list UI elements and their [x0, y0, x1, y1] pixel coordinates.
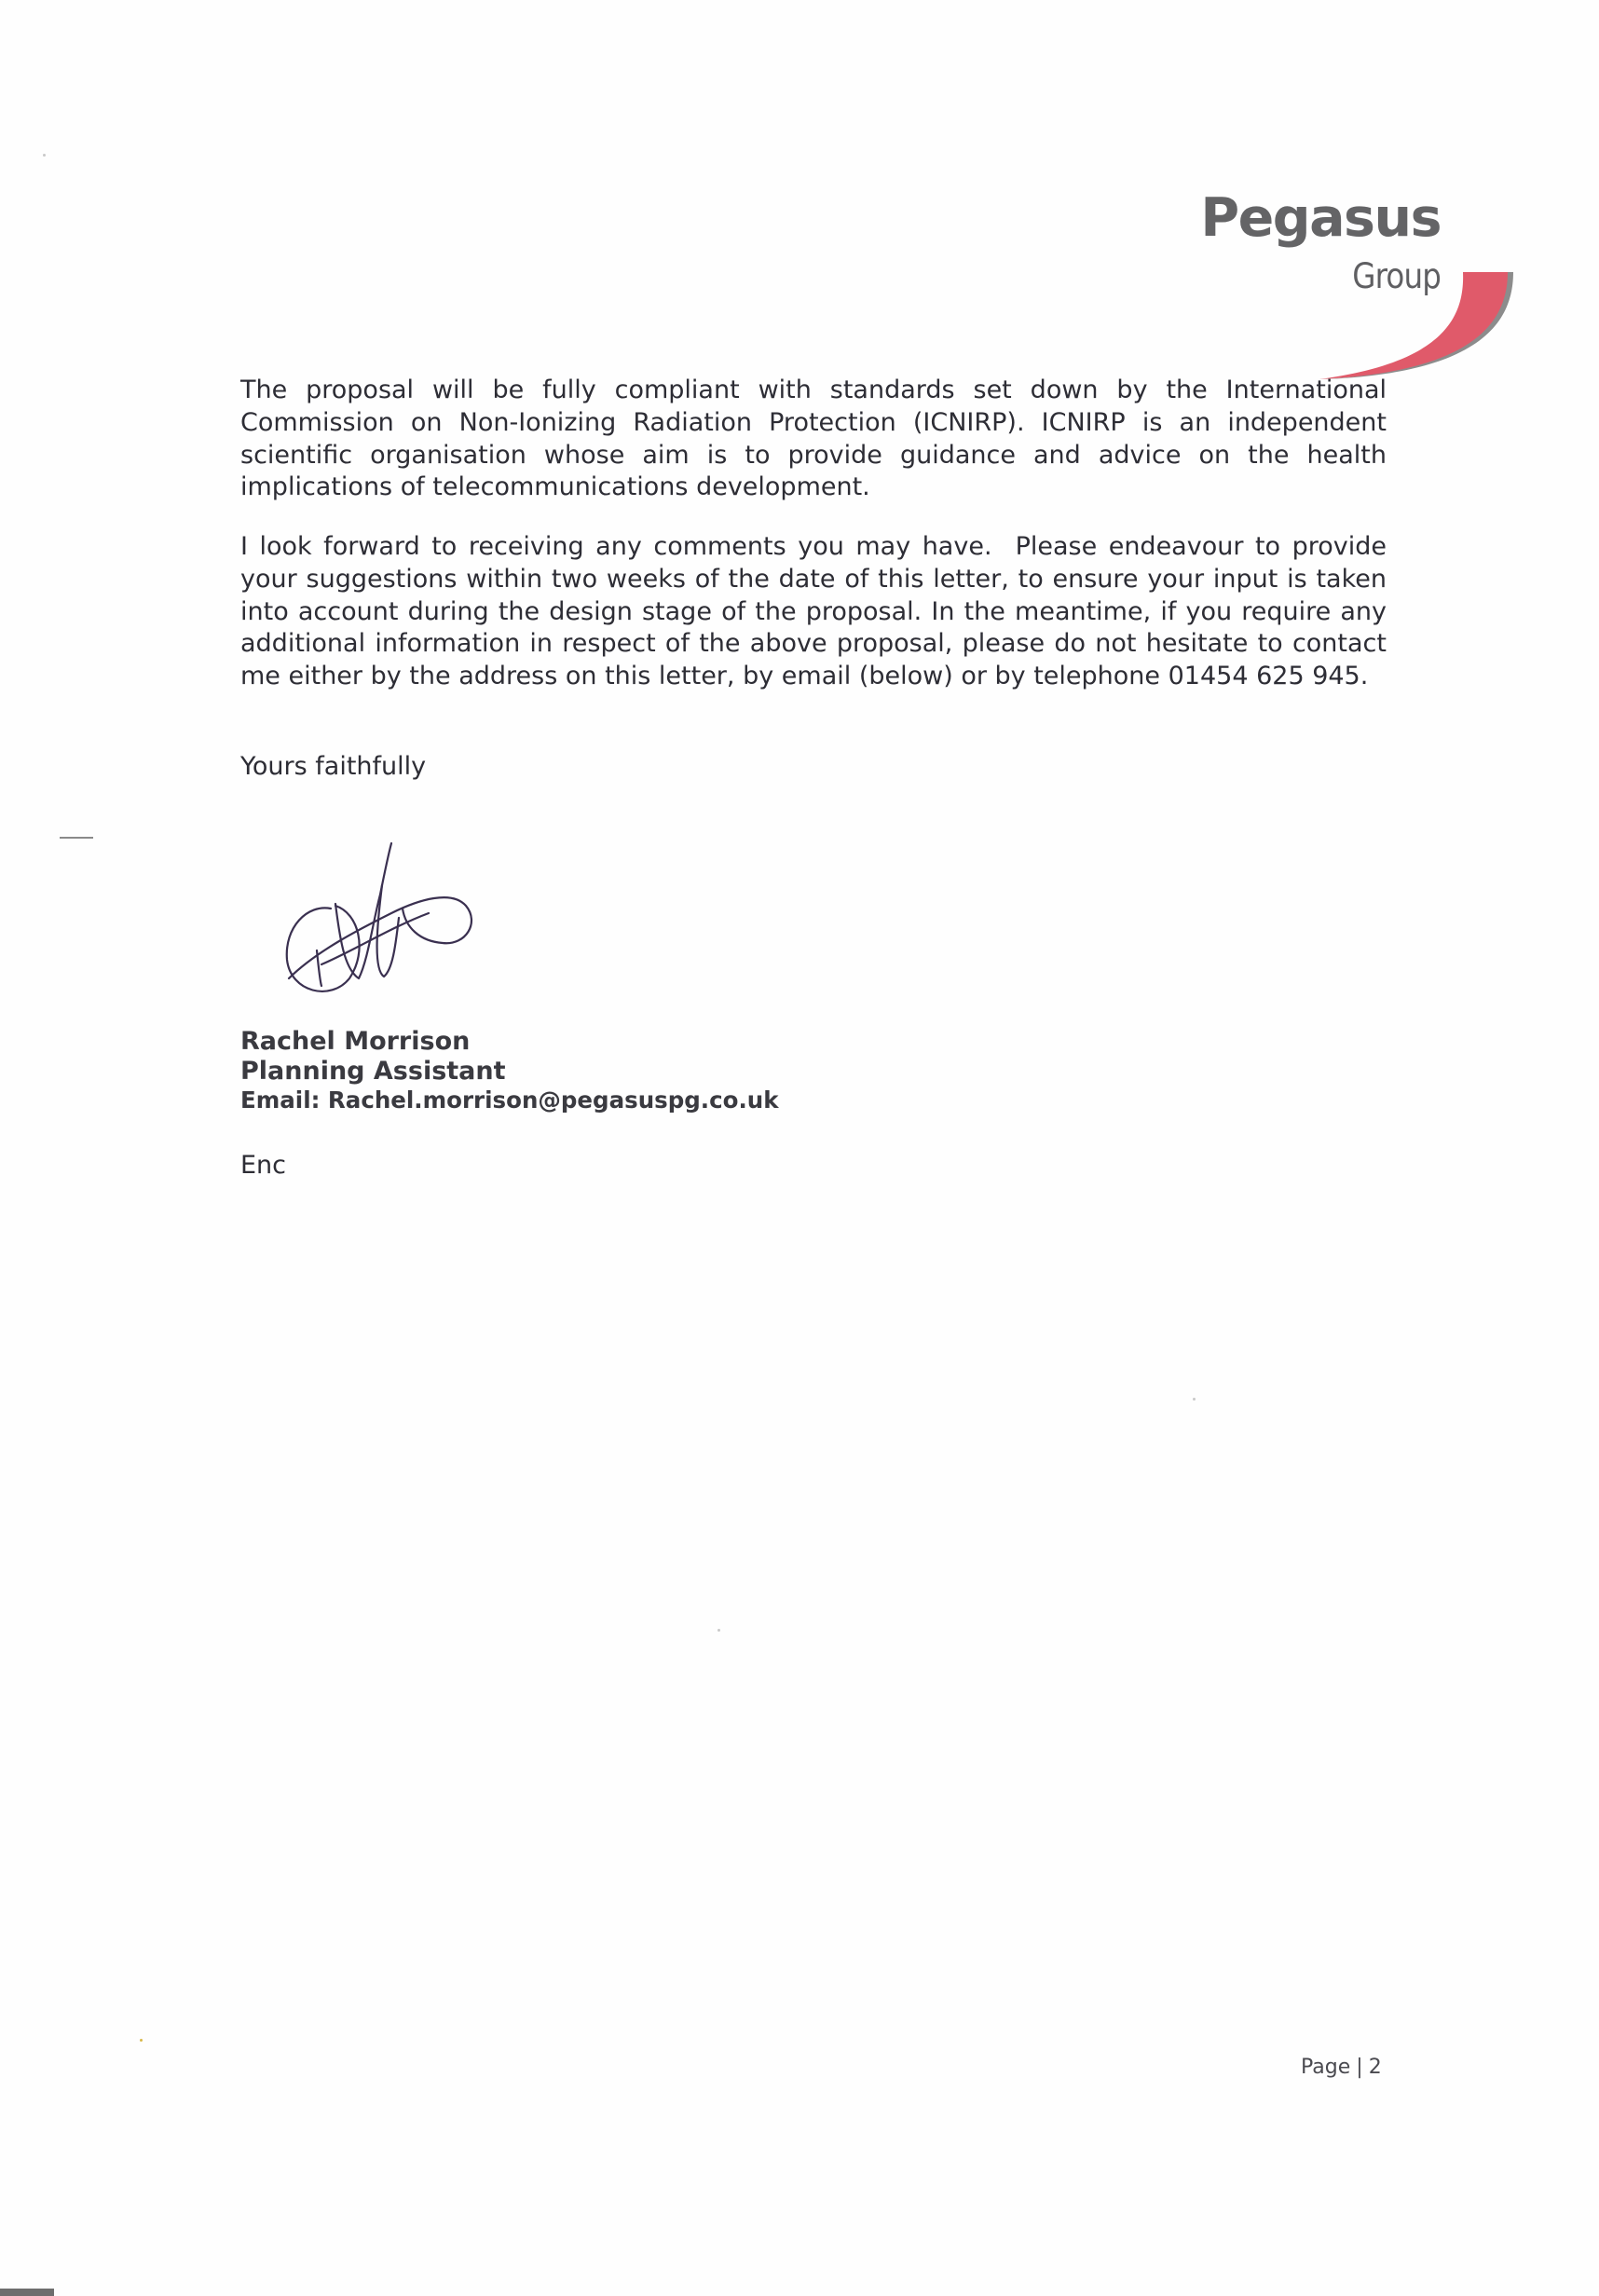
signatory-block: Rachel Morrison Planning Assistant Email…	[240, 1027, 779, 1114]
scan-speck	[717, 1629, 720, 1632]
page-label: Page	[1301, 2056, 1350, 2079]
scan-speck	[140, 2039, 143, 2042]
paragraph-comments-request: I look forward to receiving any comments…	[240, 531, 1387, 693]
scan-margin-mark	[60, 837, 93, 839]
letter-page: Pegasus Group The proposal will be fully…	[0, 0, 1599, 2296]
signatory-email[interactable]: Email: Rachel.morrison@pegasuspg.co.uk	[240, 1086, 779, 1114]
closing-salutation: Yours faithfully	[240, 751, 426, 784]
scan-edge-strip	[0, 2289, 54, 2296]
signatory-title: Planning Assistant	[240, 1057, 779, 1086]
scan-speck	[1193, 1398, 1196, 1401]
scan-speck	[43, 154, 46, 157]
paragraph-text: The proposal will be fully compliant wit…	[240, 375, 1387, 504]
company-logo-name: Pegasus	[1183, 192, 1441, 245]
page-number: 2	[1369, 2056, 1382, 2079]
paragraph-text: I look forward to receiving any comments…	[240, 531, 1387, 693]
page-separator: |	[1356, 2056, 1362, 2079]
page-footer: Page|2	[1301, 2056, 1382, 2079]
enclosure-note: Enc	[240, 1150, 286, 1182]
handwritten-signature-icon	[280, 839, 503, 1002]
logo-swoosh-icon	[1305, 266, 1519, 387]
signatory-name: Rachel Morrison	[240, 1027, 779, 1057]
paragraph-icnirp-compliance: The proposal will be fully compliant wit…	[240, 375, 1387, 504]
